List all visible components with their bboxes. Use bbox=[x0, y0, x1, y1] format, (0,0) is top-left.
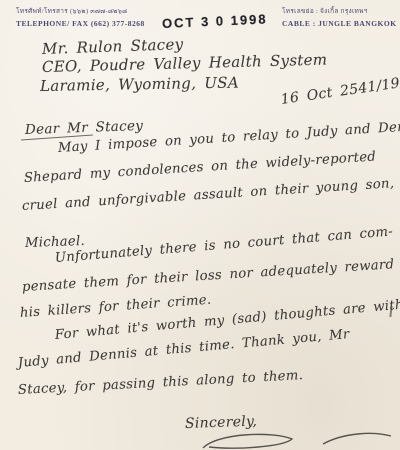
closing: Sincerely, bbox=[185, 413, 258, 432]
signature bbox=[195, 431, 400, 450]
letter-page: โทรศัพท์/โทรสาร (๖๖๒) ๓๗๗-๘๒๖๘ TELEPHONE… bbox=[0, 0, 400, 450]
letterhead-right: โทรเลขย่อ : จังเกิ้ล กรุงเทพฯ CABLE : JU… bbox=[282, 6, 397, 28]
letter-date: 16 Oct 2541/1998 bbox=[280, 73, 400, 108]
letterhead-left: โทรศัพท์/โทรสาร (๖๖๒) ๓๗๗-๘๒๖๘ TELEPHONE… bbox=[16, 6, 145, 28]
recipient-line: Laramie, Wyoming, USA bbox=[40, 74, 239, 95]
letterhead-phone-english: TELEPHONE/ FAX (662) 377-8268 bbox=[16, 19, 145, 28]
letterhead-cable-english: CABLE : JUNGLE BANGKOK bbox=[282, 19, 397, 28]
letterhead-cable-thai: โทรเลขย่อ : จังเกิ้ล กรุงเทพฯ bbox=[282, 6, 397, 16]
letterhead-phone-thai: โทรศัพท์/โทรสาร (๖๖๒) ๓๗๗-๘๒๖๘ bbox=[16, 6, 145, 16]
date-stamp: OCT 3 0 1998 bbox=[162, 11, 268, 31]
body-line: Stacey, for passing this along to them. bbox=[18, 368, 304, 398]
